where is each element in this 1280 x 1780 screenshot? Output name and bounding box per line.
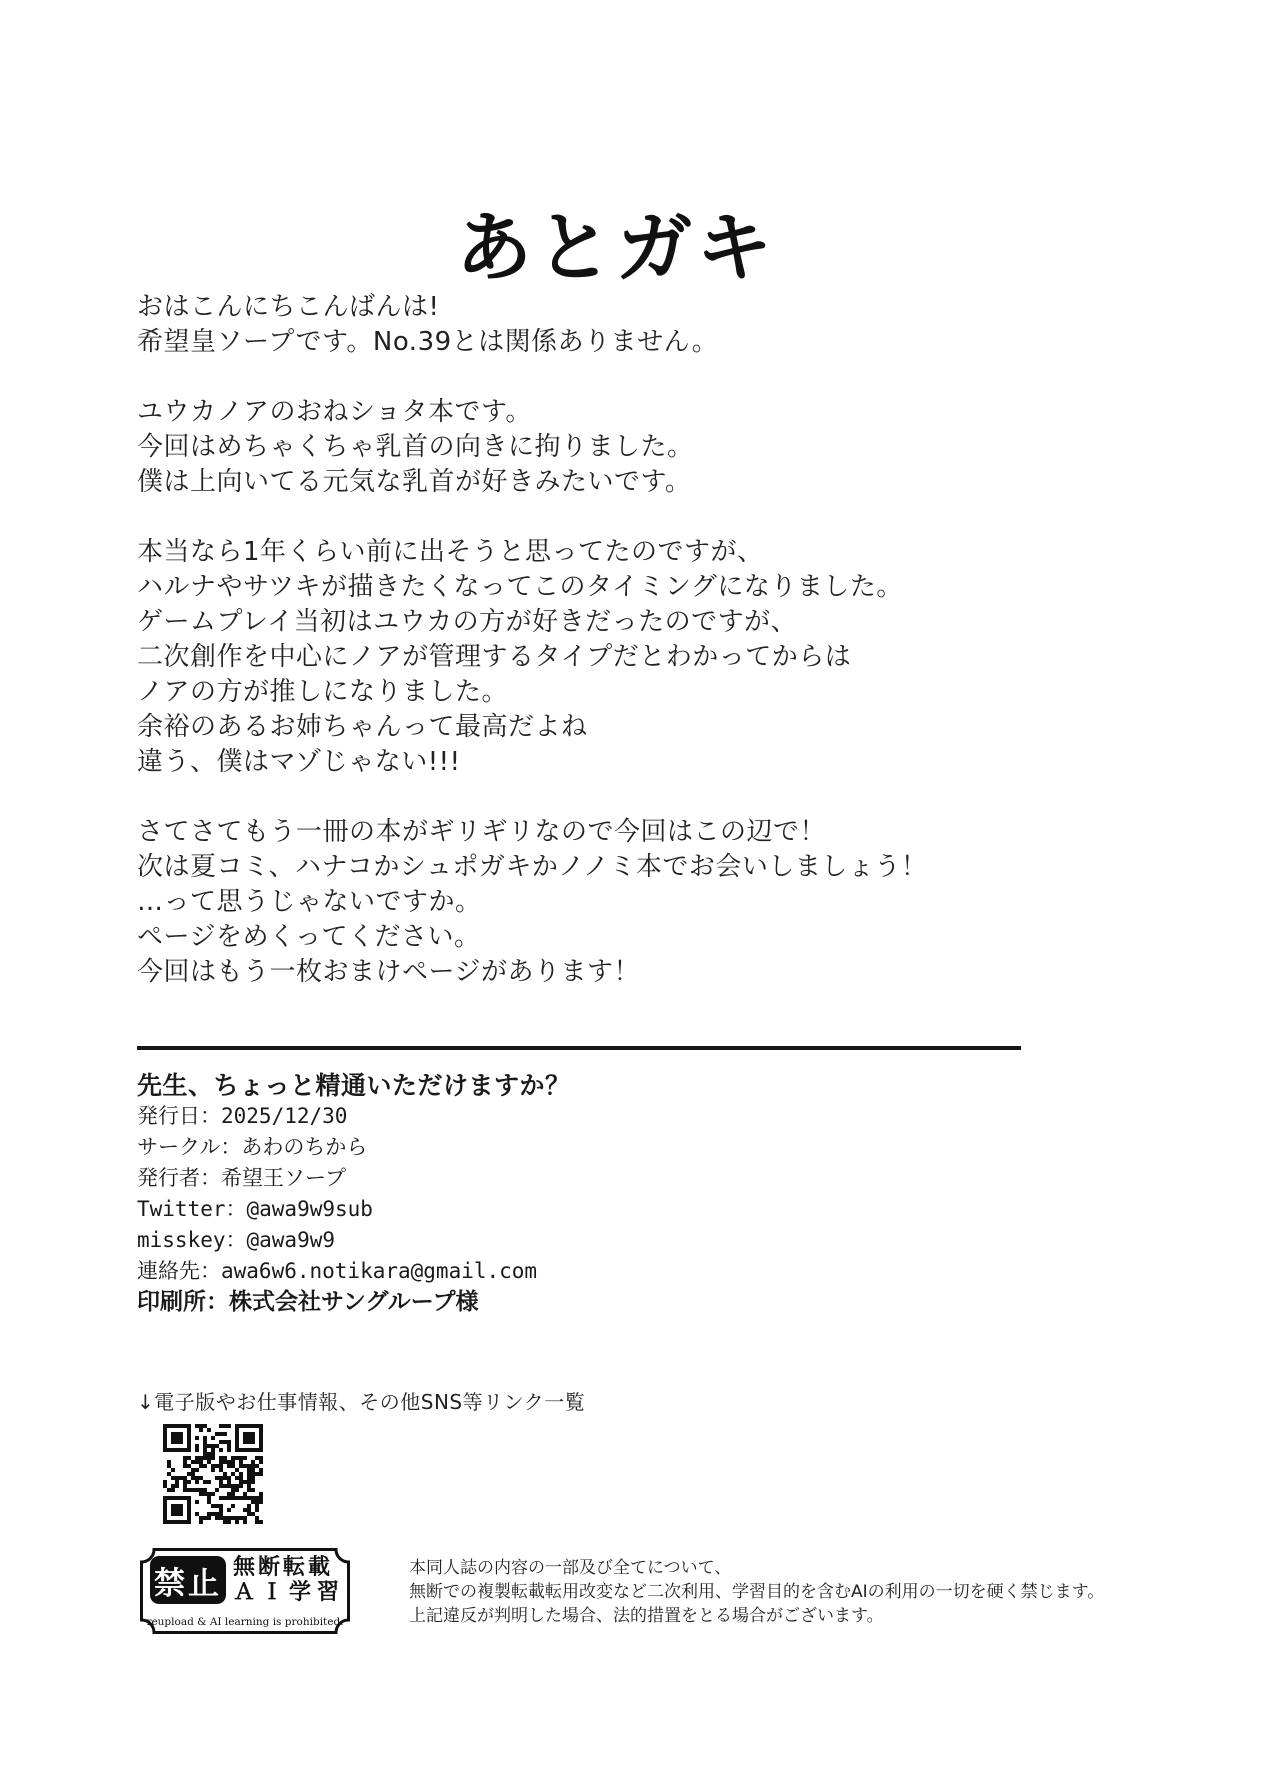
afterword-text-line: ゲームプレイ当初はユウカの方が好きだったのですが、: [137, 605, 927, 640]
afterword-text-line: [137, 500, 927, 535]
colophon-line: サークル：あわのちから: [137, 1132, 571, 1163]
afterword-text-line: 二次創作を中心にノアが管理するタイプだとわかってからは: [137, 640, 927, 675]
afterword-text-line: …って思うじゃないですか。: [137, 885, 927, 920]
afterword-text-line: [137, 780, 927, 815]
afterword-text-line: ページをめくってください。: [137, 920, 927, 955]
stamp-line-no-ai: ＡＩ学習: [233, 1580, 345, 1605]
disclaimer-line: 上記違反が判明した場合、法的措置をとる場合がございます。: [409, 1604, 1104, 1628]
colophon-line: 発行日：2025/12/30: [137, 1101, 571, 1132]
colophon-line: Twitter：@awa9w9sub: [137, 1194, 571, 1225]
afterword-text-line: さてさてもう一冊の本がギリギリなので今回はこの辺で！: [137, 815, 927, 850]
afterword-text-line: 今回はもう一枚おまけページがあります！: [137, 955, 927, 990]
disclaimer: 本同人誌の内容の一部及び全てについて、無断での複製転載転用改変など二次利用、学習…: [409, 1556, 1104, 1628]
colophon-line: 発行者：希望王ソープ: [137, 1163, 571, 1194]
links-note: ↓電子版やお仕事情報、その他SNS等リンク一覧: [137, 1386, 585, 1415]
prohibition-stamp: 禁止 無断転載 ＡＩ学習 reupload & AI learning is p…: [140, 1548, 350, 1634]
afterword-text-line: 余裕のあるお姉ちゃんって最高だよね: [137, 710, 927, 745]
stamp-caption: reupload & AI learning is prohibited.: [140, 1616, 350, 1628]
afterword-text-line: 今回はめちゃくちゃ乳首の向きに拘りました。: [137, 430, 927, 465]
afterword-text-line: 違う、僕はマゾじゃない!!!: [137, 745, 927, 780]
colophon: 先生、ちょっと精通いただけますか？ 発行日：2025/12/30サークル：あわの…: [137, 1070, 571, 1318]
afterword-text-line: 次は夏コミ、ハナコかシュポガキかノノミ本でお会いしましょう！: [137, 850, 927, 885]
section-divider: [137, 1046, 1021, 1050]
afterword-body: おはこんにちこんばんは!希望皇ソープです。No.39とは関係ありません。ユウカノ…: [137, 290, 927, 990]
afterword-text-line: 本当なら1年くらい前に出そうと思ってたのですが、: [137, 535, 927, 570]
afterword-page: あとガキ おはこんにちこんばんは!希望皇ソープです。No.39とは関係ありません…: [0, 0, 1280, 1780]
printer-line: 印刷所：株式会社サングループ様: [137, 1287, 571, 1318]
afterword-text-line: ノアの方が推しになりました。: [137, 675, 927, 710]
qr-code: [163, 1424, 263, 1524]
afterword-text-line: ユウカノアのおねショタ本です。: [137, 395, 927, 430]
afterword-text-line: 僕は上向いてる元気な乳首が好きみたいです。: [137, 465, 927, 500]
colophon-line: misskey：@awa9w9: [137, 1225, 571, 1256]
stamp-stop-label: 禁止: [150, 1556, 226, 1604]
colophon-line: 連絡先：awa6w6.notikara@gmail.com: [137, 1256, 571, 1287]
colophon-lines: 発行日：2025/12/30サークル：あわのちから発行者：希望王ソープTwitt…: [137, 1101, 571, 1287]
afterword-text-line: おはこんにちこんばんは!: [137, 290, 927, 325]
book-title: 先生、ちょっと精通いただけますか？: [137, 1070, 571, 1101]
disclaimer-line: 無断での複製転載転用改変など二次利用、学習目的を含むAIの利用の一切を硬く禁じま…: [409, 1580, 1104, 1604]
stamp-content: 禁止 無断転載 ＡＩ学習: [150, 1555, 342, 1605]
page-title: あとガキ: [0, 187, 1232, 296]
disclaimer-line: 本同人誌の内容の一部及び全てについて、: [409, 1556, 1104, 1580]
stamp-line-no-repost: 無断転載: [233, 1555, 345, 1580]
stamp-lines: 無断転載 ＡＩ学習: [233, 1555, 345, 1605]
afterword-text-line: [137, 360, 927, 395]
afterword-text-line: 希望皇ソープです。No.39とは関係ありません。: [137, 325, 927, 360]
afterword-text-line: ハルナやサツキが描きたくなってこのタイミングになりました。: [137, 570, 927, 605]
